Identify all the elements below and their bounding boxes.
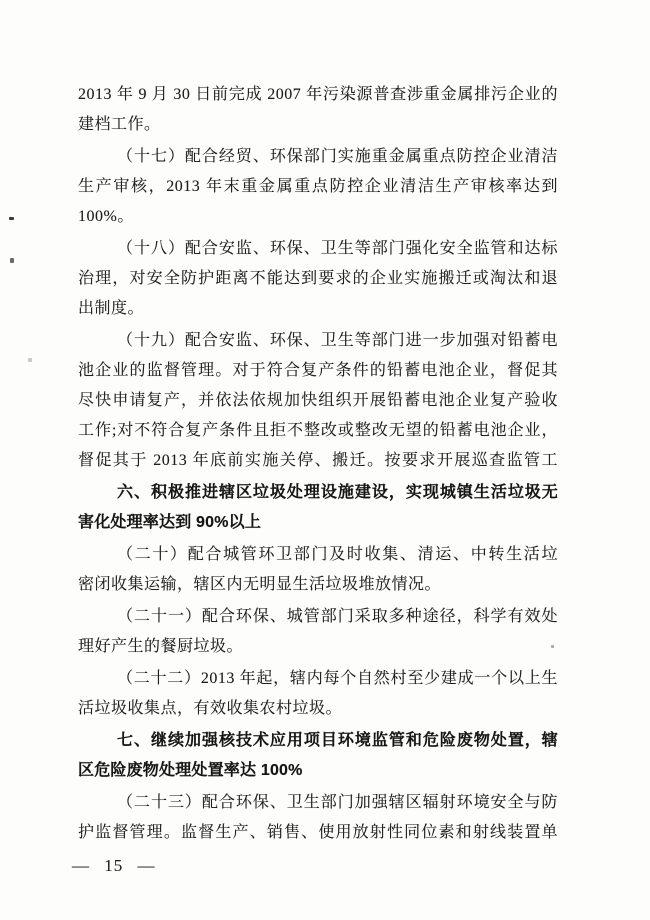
- text-line: 100%。: [78, 202, 558, 232]
- text-line: （二十二）2013 年起，辖内每个自然村至少建成一个以上生: [78, 664, 558, 694]
- text-line: 督促其于 2013 年底前实施关停、搬迁。按要求开展巡查监管工作。: [78, 446, 558, 476]
- para-continuation: 2013 年 9 月 30 日前完成 2007 年污染源普查涉重金属排污企业的建…: [78, 80, 558, 140]
- page-number-text: — 15 —: [72, 856, 156, 875]
- text-line: 活垃圾收集点，有效收集农村垃圾。: [78, 694, 558, 724]
- scan-speck: [10, 258, 14, 263]
- document-page: 2013 年 9 月 30 日前完成 2007 年污染源普查涉重金属排污企业的建…: [0, 0, 650, 920]
- text-line: 生产审核，2013 年末重金属重点防控企业清洁生产审核率达到: [78, 172, 558, 202]
- heading-7: 七、继续加强核技术应用项目环境监管和危险废物处置，辖区危险废物处理处置率达 10…: [78, 726, 558, 786]
- text-line: （十九）配合安监、环保、卫生等部门进一步加强对铅蓄电: [78, 326, 558, 356]
- text-line: 池企业的监督管理。对于符合复产条件的铅蓄电池企业，督促其: [78, 356, 558, 386]
- document-body: 2013 年 9 月 30 日前完成 2007 年污染源普查涉重金属排污企业的建…: [78, 80, 558, 850]
- text-line: 护监督管理。监督生产、销售、使用放射性同位素和射线装置单: [78, 818, 558, 848]
- text-line: （二十）配合城管环卫部门及时收集、清运、中转生活垃圾，: [78, 540, 558, 570]
- item-20: （二十）配合城管环卫部门及时收集、清运、中转生活垃圾，密闭收集运输，辖区内无明显…: [78, 540, 558, 600]
- text-line: （十七）配合经贸、环保部门实施重金属重点防控企业清洁: [78, 142, 558, 172]
- text-line: 治理，对安全防护距离不能达到要求的企业实施搬迁或淘汰和退: [78, 264, 558, 294]
- text-line: 理好产生的餐厨垃圾。: [78, 632, 558, 662]
- text-line: 2013 年 9 月 30 日前完成 2007 年污染源普查涉重金属排污企业的: [78, 80, 558, 110]
- scan-speck: [551, 645, 554, 648]
- text-line: 区危险废物处理处置率达 100%: [78, 756, 558, 786]
- page-number: — 15 —: [72, 854, 156, 878]
- text-line: （二十一）配合环保、城管部门采取多种途径，科学有效处: [78, 602, 558, 632]
- text-line: 出制度。: [78, 294, 558, 324]
- text-line: 六、积极推进辖区垃圾处理设施建设，实现城镇生活垃圾无: [78, 478, 558, 508]
- text-line: 建档工作。: [78, 110, 558, 140]
- heading-6: 六、积极推进辖区垃圾处理设施建设，实现城镇生活垃圾无害化处理率达到 90%以上: [78, 478, 558, 538]
- text-line: 七、继续加强核技术应用项目环境监管和危险废物处置，辖: [78, 726, 558, 756]
- scan-speck: [9, 217, 14, 220]
- text-line: 工作;对不符合复产条件且拒不整改或整改无望的铅蓄电池企业，: [78, 416, 558, 446]
- scan-speck: [28, 358, 32, 362]
- item-21: （二十一）配合环保、城管部门采取多种途径，科学有效处理好产生的餐厨垃圾。: [78, 602, 558, 662]
- text-line: 尽快申请复产，并依法依规加快组织开展铅蓄电池企业复产验收: [78, 386, 558, 416]
- item-17: （十七）配合经贸、环保部门实施重金属重点防控企业清洁生产审核，2013 年末重金…: [78, 142, 558, 232]
- item-23: （二十三）配合环保、卫生部门加强辖区辐射环境安全与防护监督管理。监督生产、销售、…: [78, 788, 558, 848]
- item-22: （二十二）2013 年起，辖内每个自然村至少建成一个以上生活垃圾收集点，有效收集…: [78, 664, 558, 724]
- text-line: （二十三）配合环保、卫生部门加强辖区辐射环境安全与防: [78, 788, 558, 818]
- item-18: （十八）配合安监、环保、卫生等部门强化安全监管和达标治理，对安全防护距离不能达到…: [78, 234, 558, 324]
- text-line: （十八）配合安监、环保、卫生等部门强化安全监管和达标: [78, 234, 558, 264]
- text-line: 害化处理率达到 90%以上: [78, 508, 558, 538]
- text-line: 密闭收集运输，辖区内无明显生活垃圾堆放情况。: [78, 570, 558, 600]
- item-19: （十九）配合安监、环保、卫生等部门进一步加强对铅蓄电池企业的监督管理。对于符合复…: [78, 326, 558, 476]
